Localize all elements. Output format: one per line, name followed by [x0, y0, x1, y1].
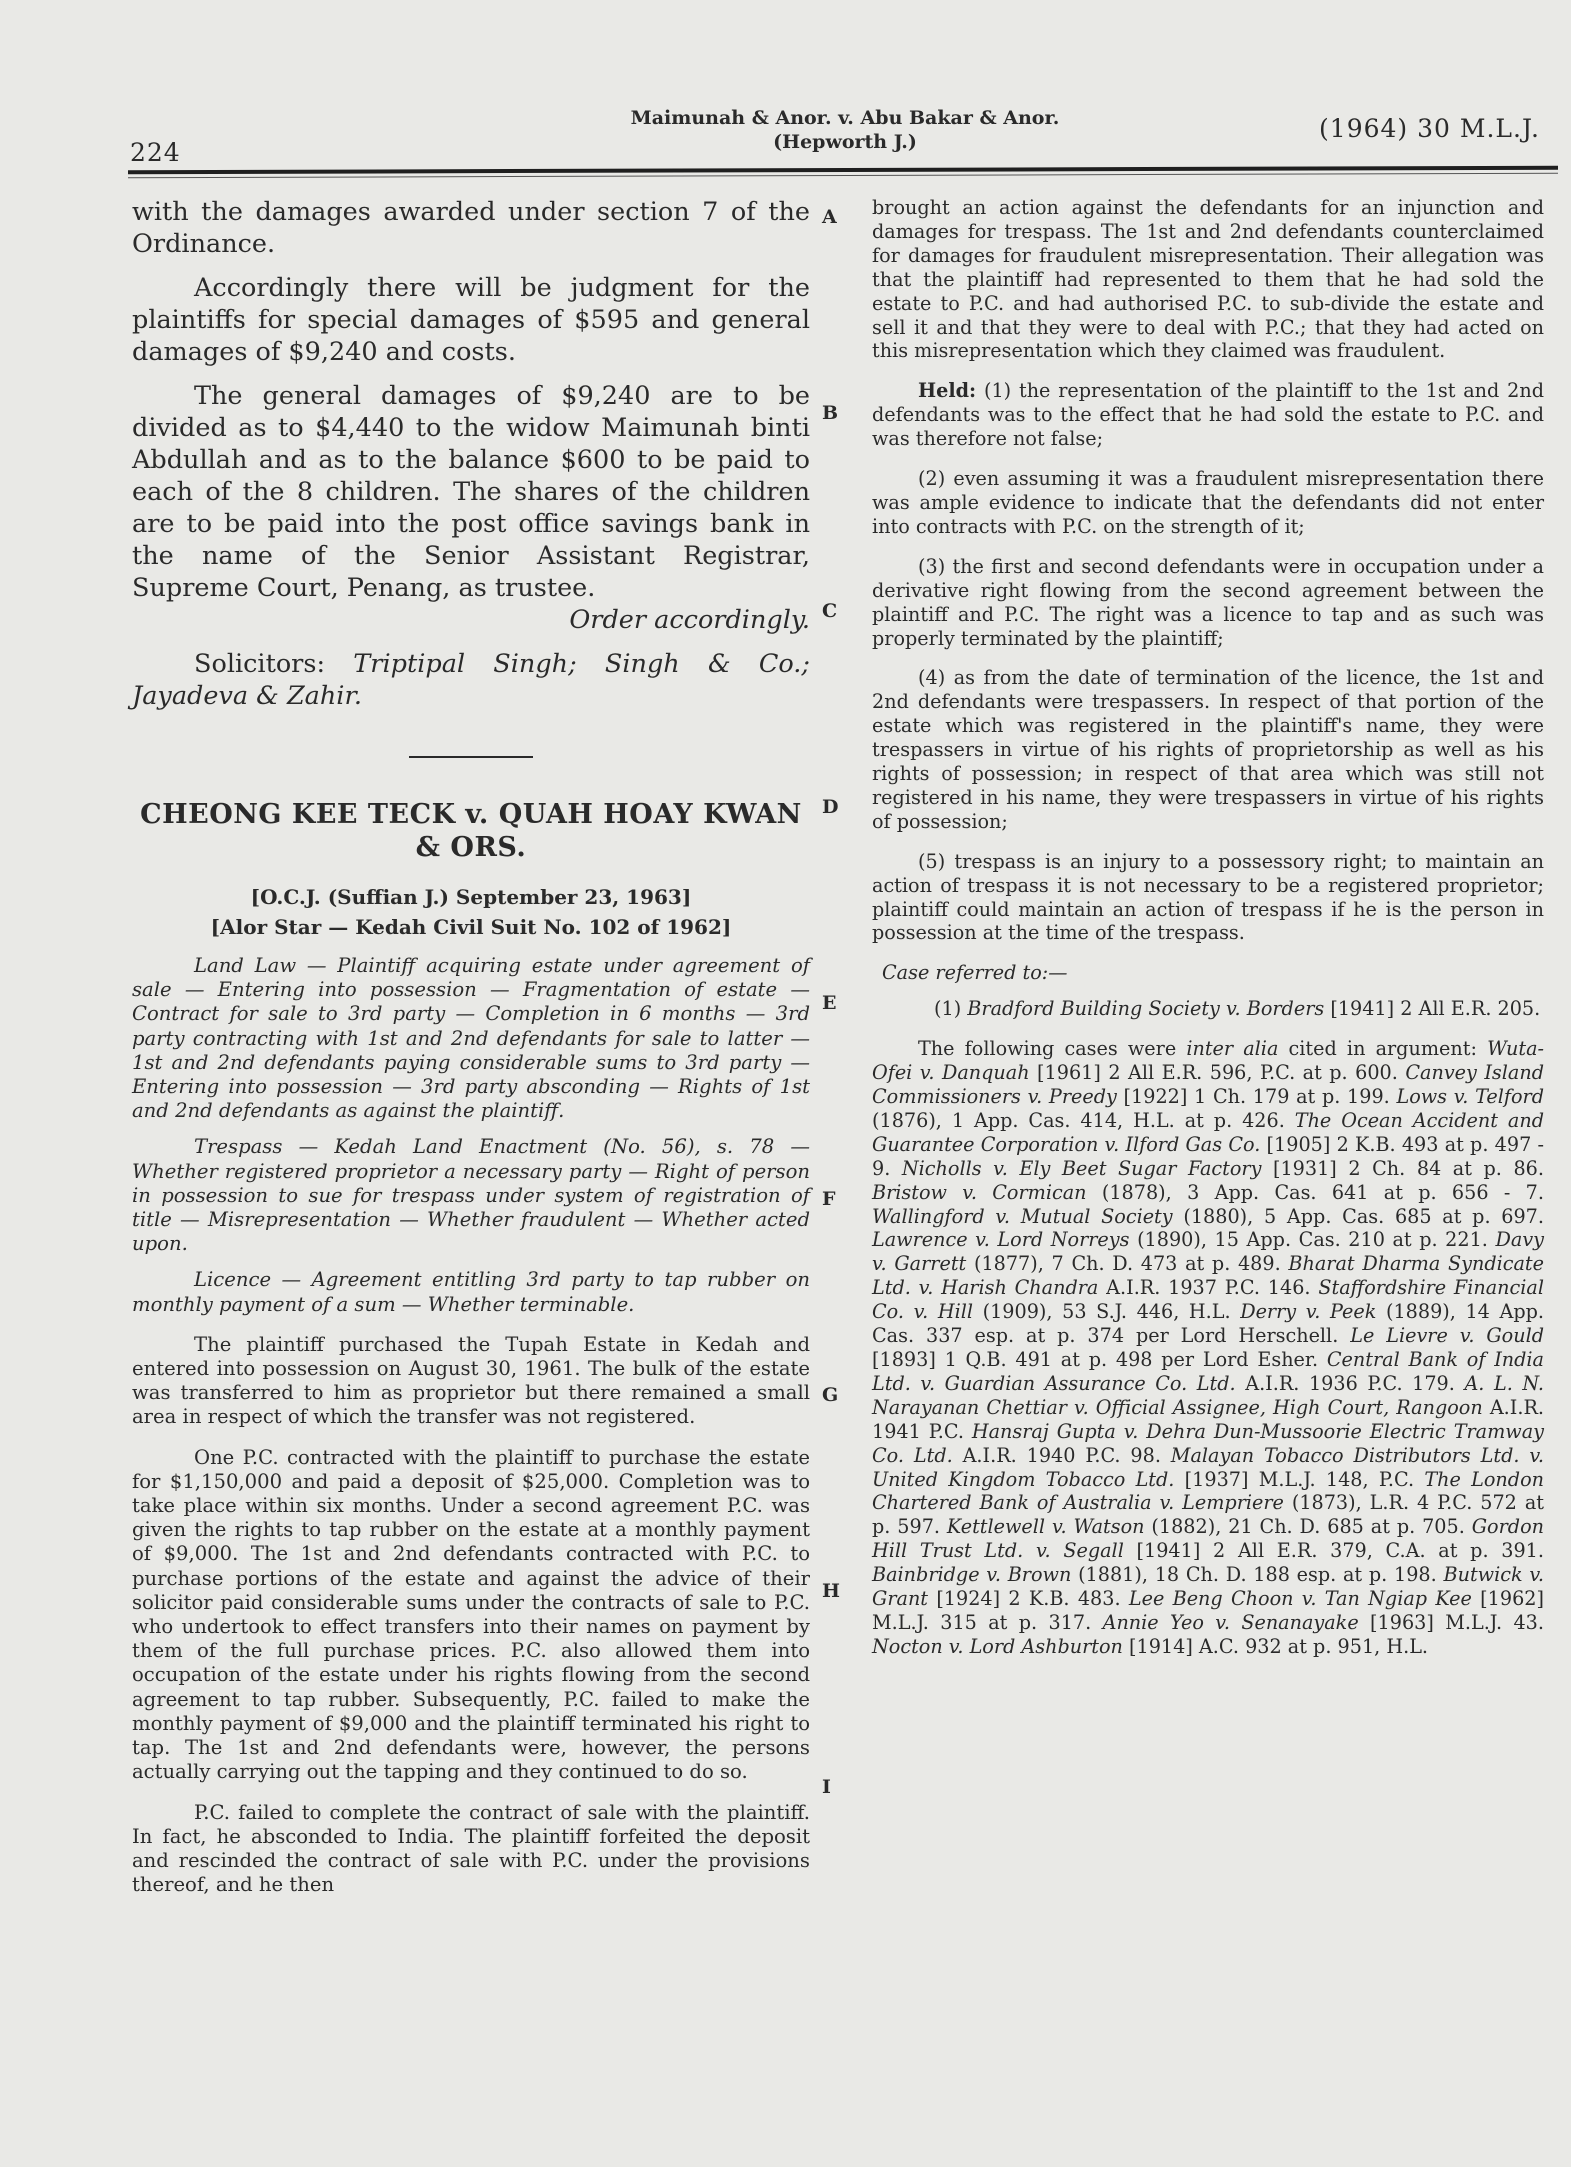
- facts-continued: brought an action against the defendants…: [872, 196, 1544, 363]
- law-report-page: 224 Maimunah & Anor. v. Abu Bakar & Anor…: [0, 0, 1571, 2167]
- cited-case-citation: [1937] M.L.J. 148, P.C.: [1185, 1468, 1414, 1491]
- margin-letter-a: A: [822, 206, 837, 228]
- cited-case-citation: (1880), 5 App. Cas. 685 at p. 697.: [1183, 1205, 1544, 1228]
- cited-case-citation: (1882), 21 Ch. D. 685 at p. 705.: [1151, 1515, 1464, 1538]
- case-referred-label: Case referred to:—: [872, 961, 1544, 985]
- cited-case-citation: A.I.R. 1936 P.C. 179.: [1245, 1372, 1455, 1395]
- cited-case-name: Nocton v. Lord Ashburton: [872, 1635, 1123, 1658]
- cases-cited-paragraph: The following cases were inter alia cite…: [872, 1037, 1544, 1659]
- solicitors-label: Solicitors:: [194, 649, 325, 679]
- cited-case-name: Bristow v. Cormican: [872, 1181, 1087, 1204]
- case-referred-citation: [1941] 2 All E.R. 205.: [1330, 997, 1540, 1020]
- margin-letter-e: E: [822, 992, 836, 1014]
- case-referred-parties: Bradford Building Society v. Borders: [967, 997, 1324, 1020]
- cited-case-citation: (1877), 7 Ch. D. 473 at p. 489.: [974, 1252, 1281, 1275]
- held-label: Held:: [918, 379, 976, 402]
- case-title-line2: & ORS.: [132, 831, 810, 864]
- cited-case-citation: (1881), 18 Ch. D. 188 esp. at p. 198.: [1078, 1563, 1437, 1586]
- cited-case-citation: (1878), 3 App. Cas. 641 at p. 656 - 7.: [1102, 1181, 1544, 1204]
- cited-case-name: Lawrence v. Lord Norreys: [872, 1228, 1129, 1251]
- cited-case-citation: [1914] A.C. 932 at p. 951, H.L.: [1129, 1635, 1428, 1658]
- cited-case-citation: A.I.R. 1937 P.C. 146.: [1106, 1276, 1310, 1299]
- cited-case-citation: [1931] 2 Ch. 84 at p. 86.: [1273, 1157, 1544, 1180]
- cited-inter-alia: inter alia: [1186, 1037, 1278, 1060]
- case-title: CHEONG KEE TECK v. QUAH HOAY KWAN & ORS.: [132, 798, 810, 864]
- page-header: 224 Maimunah & Anor. v. Abu Bakar & Anor…: [130, 100, 1560, 170]
- catchword-licence: Licence — Agreement entitling 3rd party …: [132, 1268, 810, 1316]
- court-and-date: [O.C.J. (Suffian J.) September 23, 1963]: [132, 882, 810, 912]
- paragraph-judgment: Accordingly there will be judgment for t…: [132, 272, 810, 368]
- cited-case-citation: (1890), 15 App. Cas. 210 at p. 221.: [1137, 1228, 1488, 1251]
- margin-letter-h: H: [822, 1580, 840, 1602]
- cited-case-name: Wallingford v. Mutual Society: [872, 1205, 1173, 1228]
- case-title-line1: CHEONG KEE TECK v. QUAH HOAY KWAN: [132, 798, 810, 831]
- cited-case-name: Le Lievre v. Gould: [1350, 1324, 1544, 1347]
- case-divider: [409, 756, 533, 758]
- cited-intro-end: cited in argument:: [1289, 1037, 1477, 1060]
- report-citation: (1964) 30 M.L.J.: [1319, 114, 1540, 143]
- held-2: (2) even assuming it was a fraudulent mi…: [872, 467, 1544, 539]
- cited-case-name: Annie Yeo v. Senanayake: [1103, 1611, 1359, 1634]
- facts-paragraph-3: P.C. failed to complete the contract of …: [132, 1801, 810, 1898]
- held-3: (3) the first and second defendants were…: [872, 555, 1544, 651]
- cited-case-name: Nicholls v. Ely Beet Sugar Factory: [902, 1157, 1262, 1180]
- facts-paragraph-2: One P.C. contracted with the plaintiff t…: [132, 1446, 810, 1785]
- cited-case-citation: [1893] 1 Q.B. 491 at p. 498 per Lord Esh…: [872, 1348, 1318, 1371]
- cited-intro: The following cases were: [918, 1037, 1176, 1060]
- right-column: brought an action against the defendants…: [872, 196, 1544, 1659]
- order-line: Order accordingly.: [132, 604, 810, 636]
- cited-case-citation: [1924] 2 K.B. 483.: [936, 1587, 1120, 1610]
- held-1: Held: (1) the representation of the plai…: [872, 379, 1544, 451]
- cited-case-citation: (1876), 1 App. Cas. 414, H.L. at p. 426.: [872, 1109, 1285, 1132]
- facts-paragraph-1: The plaintiff purchased the Tupah Estate…: [132, 1333, 810, 1430]
- case-referred-item: (1) Bradford Building Society v. Borders…: [906, 997, 1544, 1021]
- cited-case-name: Derry v. Peek: [1240, 1300, 1376, 1323]
- cited-case-name: Kettlewell v. Watson: [947, 1515, 1145, 1538]
- catchword-land-law: Land Law — Plaintiff acquiring estate un…: [132, 954, 810, 1123]
- margin-letter-f: F: [822, 1188, 836, 1210]
- left-column: with the damages awarded under section 7…: [132, 196, 810, 1897]
- cited-case-citation: [1922] 1 Ch. 179 at p. 199.: [1124, 1085, 1390, 1108]
- paragraph-damages-division: The general damages of $9,240 are to be …: [132, 380, 810, 604]
- cited-case-citation: A.I.R. 1940 P.C. 98.: [963, 1444, 1161, 1467]
- solicitors-line: Solicitors: Triptipal Singh; Singh & Co.…: [132, 648, 810, 712]
- cited-case-citation: [1941] 2 All E.R. 379, C.A. at p. 391.: [1137, 1539, 1544, 1562]
- cited-case-citation: [1963] M.L.J. 43.: [1370, 1611, 1544, 1634]
- margin-letter-g: G: [822, 1384, 838, 1406]
- margin-letter-b: B: [822, 402, 838, 424]
- margin-letter-c: C: [822, 600, 837, 622]
- cited-case-citation: [1961] 2 All E.R. 596, P.C. at p. 600.: [1037, 1061, 1398, 1084]
- paragraph-conclusion: with the damages awarded under section 7…: [132, 196, 810, 260]
- cited-case-name: Bainbridge v. Brown: [872, 1563, 1071, 1586]
- held-5: (5) trespass is an injury to a possessor…: [872, 850, 1544, 946]
- headnote: Land Law — Plaintiff acquiring estate un…: [132, 954, 810, 1897]
- cited-case-name: Lee Beng Choon v. Tan Ngiap Kee: [1129, 1587, 1472, 1610]
- cited-case-citation: (1909), 53 S.J. 446, H.L.: [983, 1300, 1231, 1323]
- held-4: (4) as from the date of termination of t…: [872, 666, 1544, 833]
- suit-reference: [Alor Star — Kedah Civil Suit No. 102 of…: [132, 912, 810, 942]
- cited-case-name: Lows v. Telford: [1396, 1085, 1544, 1108]
- margin-letter-d: D: [822, 796, 838, 818]
- margin-letter-i: I: [822, 1776, 831, 1798]
- case-referred-number: (1): [934, 997, 961, 1020]
- catchword-trespass: Trespass — Kedah Land Enactment (No. 56)…: [132, 1135, 810, 1256]
